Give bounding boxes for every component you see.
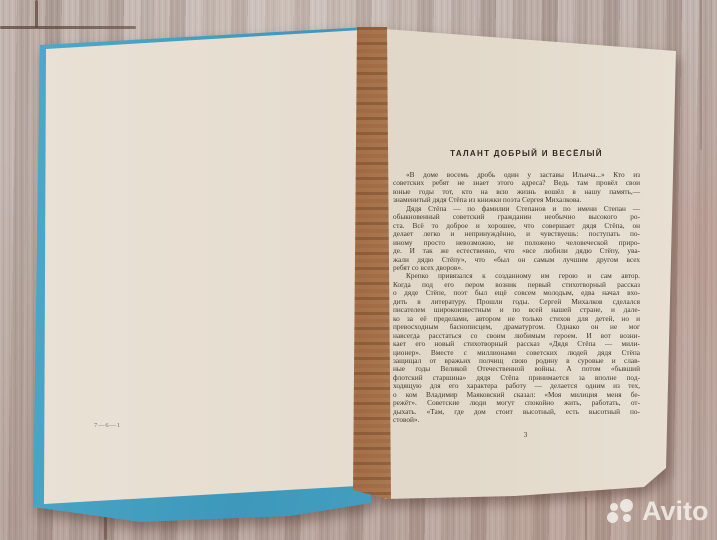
page-number: 3 [393,430,640,439]
text-line: дыхать. «Там, где дом стоит высотный, ес… [393,408,640,416]
avito-watermark-label: Avito [642,497,709,525]
photo-scene: 7—6—1 ТАЛАНТ ДОБРЫЙ И ВЕСЁЛЫЙ «В доме во… [0,0,717,540]
avito-dot [623,514,631,522]
avito-dots-icon [606,497,639,527]
avito-dot [610,503,618,511]
right-page-text-block: ТАЛАНТ ДОБРЫЙ И ВЕСЁЛЫЙ «В доме восемь д… [393,149,640,439]
avito-dot [620,499,633,512]
right-page-body-text: «В доме восемь дробь один у заставы Ильи… [393,171,640,425]
text-line: стовой». [393,416,640,424]
avito-watermark: Avito [606,497,709,527]
chapter-title: ТАЛАНТ ДОБРЫЙ И ВЕСЁЛЫЙ [413,149,640,158]
avito-dot [607,512,618,523]
open-book: 7—6—1 ТАЛАНТ ДОБРЫЙ И ВЕСЁЛЫЙ «В доме во… [0,0,717,540]
printers-mark: 7—6—1 [94,422,121,429]
